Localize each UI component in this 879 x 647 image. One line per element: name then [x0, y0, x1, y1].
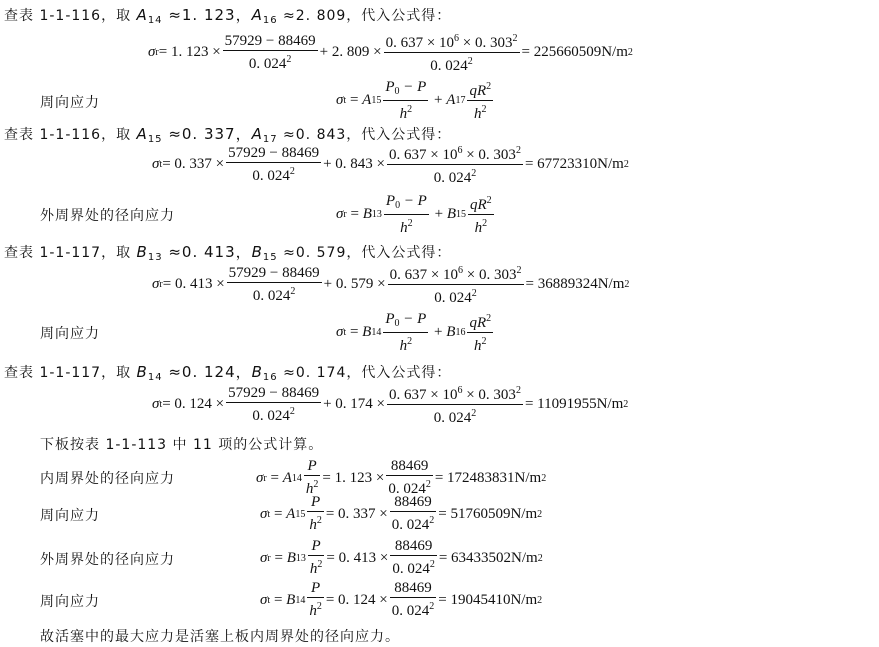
den-value: 0. 024	[434, 410, 472, 426]
denominator: 0. 0242	[390, 512, 437, 534]
lookup-line-3: 查表 1-1-117，取 B13 ≈0. 413，B15 ≈0. 579，代入公…	[4, 241, 451, 263]
coef-value: ≈0. 579，代入公式得：	[278, 245, 452, 261]
denominator: 0. 0242	[227, 283, 322, 305]
numerator: 0. 637 × 106 × 0. 3032	[387, 142, 523, 165]
var: h	[475, 220, 483, 236]
result: = 225660509N/m	[522, 44, 628, 61]
var: − P	[400, 79, 427, 95]
coef-subscript: 16	[263, 15, 278, 26]
fraction: Ph2	[308, 538, 325, 578]
label-hoop-stress: 周向应力	[40, 323, 100, 343]
numerator: P0 − P	[383, 79, 428, 101]
den-value: 0. 024	[392, 517, 430, 533]
coef-symbol: B	[137, 243, 148, 261]
numerator: qR2	[467, 78, 493, 101]
row-label: 周向应力	[40, 505, 100, 525]
exponent: 2	[407, 336, 412, 347]
coef-value: ≈2. 809，代入公式得：	[278, 8, 452, 24]
var: − P	[400, 311, 427, 327]
coef-subscript: 14	[295, 595, 305, 606]
numerator: 0. 637 × 106 × 0. 3032	[387, 382, 523, 405]
var: P	[386, 193, 395, 209]
exponent: 2	[471, 168, 476, 179]
exponent: 2	[541, 473, 546, 484]
result: = 51760509N/m	[438, 506, 537, 523]
row-equation: σr = A14 Ph2 = 1. 123 × 884690. 0242 = 1…	[256, 458, 546, 498]
numerator: P	[307, 580, 324, 598]
num-part: 0. 637 × 10	[389, 387, 457, 403]
coefficient: = 0. 124 ×	[162, 396, 224, 413]
sigma-symbol: σ	[256, 470, 263, 487]
exponent: 2	[516, 385, 521, 396]
exponent: 2	[430, 559, 435, 570]
result: = 36889324N/m	[526, 276, 625, 293]
exponent: 2	[623, 399, 628, 410]
numerator: 88469	[386, 458, 433, 476]
denominator: 0. 0242	[223, 51, 318, 73]
coef-subscript: 16	[455, 327, 465, 338]
var: − P	[400, 193, 427, 209]
equation-1: σr = 1. 123 × 57929 − 884690. 0242 + 2. …	[148, 30, 633, 75]
numerator: P	[307, 494, 324, 512]
den-value: 0. 024	[253, 288, 291, 304]
exponent: 2	[468, 56, 473, 67]
exponent: 2	[290, 406, 295, 417]
var: h	[474, 106, 482, 122]
coef-symbol: A	[137, 125, 148, 143]
coef-symbol: A	[446, 92, 455, 109]
coef-symbol: B	[286, 592, 295, 609]
numerator: 57929 − 88469	[223, 33, 318, 51]
num-part: × 0. 303	[459, 35, 512, 51]
numerator: qR2	[467, 310, 493, 333]
den-value: 0. 024	[252, 408, 290, 424]
var: P	[385, 311, 394, 327]
exponent: 2	[487, 195, 492, 206]
fraction: 57929 − 884690. 0242	[226, 385, 321, 425]
fraction: qR2h2	[467, 310, 493, 355]
exponent: 2	[538, 553, 543, 564]
coef-symbol: B	[252, 363, 263, 381]
coef-subscript: 15	[456, 209, 466, 220]
exponent: 2	[628, 47, 633, 58]
denominator: h2	[308, 556, 325, 578]
fraction: 0. 637 × 106 × 0. 30320. 0242	[387, 142, 523, 187]
num-part: × 0. 303	[462, 387, 515, 403]
fraction: Ph2	[307, 580, 324, 620]
fraction: 884690. 0242	[390, 538, 437, 578]
coefficient: = 0. 337 ×	[162, 156, 224, 173]
num-part: 0. 637 × 10	[389, 147, 457, 163]
denominator: h2	[467, 333, 493, 355]
exponent: 2	[486, 81, 491, 92]
sigma-symbol: σ	[152, 396, 159, 413]
den-value: 0. 024	[392, 603, 430, 619]
fraction: P0 − Ph2	[383, 79, 428, 123]
coefficient: + 0. 579 ×	[324, 276, 386, 293]
exponent: 2	[471, 408, 476, 419]
coef-symbol: B	[363, 206, 372, 223]
coefficient: = 0. 413 ×	[163, 276, 225, 293]
row-label: 内周界处的径向应力	[40, 468, 175, 488]
exponent: 2	[486, 313, 491, 324]
coef-value: ≈1. 123，	[163, 6, 252, 24]
result: = 172483831N/m	[435, 470, 541, 487]
coef-subscript: 15	[295, 509, 305, 520]
result: = 19045410N/m	[438, 592, 537, 609]
numerator: 57929 − 88469	[226, 385, 321, 403]
coef-value: ≈0. 413，	[163, 243, 252, 261]
coef-subscript: 14	[148, 15, 163, 26]
exponent: 2	[537, 595, 542, 606]
var: h	[474, 338, 482, 354]
denominator: 0. 0242	[388, 285, 524, 307]
exponent: 2	[317, 515, 322, 526]
numerator: P	[304, 458, 321, 476]
coef-symbol: B	[137, 363, 148, 381]
numerator: 0. 637 × 106 × 0. 3032	[384, 30, 520, 53]
coef-symbol: A	[137, 6, 148, 24]
denominator: 0. 0242	[384, 53, 520, 75]
num-part: × 0. 303	[463, 267, 516, 283]
var: qR	[469, 83, 486, 99]
exponent: 2	[513, 33, 518, 44]
exponent: 2	[429, 515, 434, 526]
coefficient: + 0. 843 ×	[323, 156, 385, 173]
row-label: 外周界处的径向应力	[40, 549, 175, 569]
coef-subscript: 14	[292, 473, 302, 484]
coef-symbol: A	[362, 92, 371, 109]
coef-symbol: A	[252, 125, 263, 143]
coef-symbol: B	[446, 324, 455, 341]
exponent: 2	[290, 166, 295, 177]
var: P	[385, 79, 394, 95]
exponent: 2	[516, 145, 521, 156]
coef-symbol: B	[362, 324, 371, 341]
denominator: 0. 0242	[226, 403, 321, 425]
fraction: 57929 − 884690. 0242	[223, 33, 318, 73]
conclusion: 故活塞中的最大应力是活塞上板内周界处的径向应力。	[40, 626, 400, 646]
numerator: P0 − P	[383, 311, 428, 333]
denominator: h2	[468, 215, 494, 237]
den-value: 0. 024	[392, 561, 430, 577]
numerator: 88469	[390, 580, 437, 598]
den-value: 0. 024	[434, 170, 472, 186]
coef-value: ≈0. 174，代入公式得：	[278, 365, 452, 381]
numerator: 57929 − 88469	[227, 265, 322, 283]
den-value: 0. 024	[252, 168, 290, 184]
num-part: 0. 637 × 10	[386, 35, 454, 51]
sigma-symbol: σ	[152, 156, 159, 173]
coef-subscript: 14	[371, 327, 381, 338]
coefficient: = 0. 124 ×	[326, 592, 388, 609]
exponent: 2	[426, 479, 431, 490]
formula-1: σt = A15 P0 − Ph2 + A17 qR2h2	[336, 78, 495, 123]
exponent: 2	[537, 509, 542, 520]
result: = 63433502N/m	[439, 550, 538, 567]
coef-subscript: 15	[371, 95, 381, 106]
exponent: 2	[482, 218, 487, 229]
row-equation: σt = A15 Ph2 = 0. 337 × 884690. 0242 = 5…	[260, 494, 542, 534]
var: h	[309, 517, 317, 533]
exponent: 2	[317, 559, 322, 570]
denominator: h2	[383, 333, 428, 355]
exponent: 2	[429, 601, 434, 612]
fraction: P0 − Ph2	[383, 311, 428, 355]
numerator: P	[308, 538, 325, 556]
coef-symbol: B	[447, 206, 456, 223]
equation-3: σr = 0. 413 × 57929 − 884690. 0242 + 0. …	[152, 262, 629, 307]
sigma-symbol: σ	[260, 592, 267, 609]
sigma-symbol: σ	[336, 92, 343, 109]
fraction: qR2h2	[467, 78, 493, 123]
fraction: Ph2	[307, 494, 324, 534]
exponent: 2	[407, 104, 412, 115]
row-label: 周向应力	[40, 591, 100, 611]
numerator: 0. 637 × 106 × 0. 3032	[388, 262, 524, 285]
denominator: 0. 0242	[390, 598, 437, 620]
numerator: 88469	[390, 538, 437, 556]
coefficient: = 0. 413 ×	[326, 550, 388, 567]
exponent: 2	[313, 479, 318, 490]
equation-2: σt = 0. 337 × 57929 − 884690. 0242 + 0. …	[152, 142, 629, 187]
denominator: h2	[383, 101, 428, 123]
denominator: h2	[467, 101, 493, 123]
fraction: 0. 637 × 106 × 0. 30320. 0242	[387, 382, 523, 427]
coef-subscript: 17	[455, 95, 465, 106]
fraction: qR2h2	[468, 192, 494, 237]
lookup-prefix: 查表 1-1-117，取	[4, 365, 137, 381]
var: qR	[469, 315, 486, 331]
denominator: 0. 0242	[390, 556, 437, 578]
fraction: 57929 − 884690. 0242	[226, 145, 321, 185]
var: h	[400, 220, 408, 236]
lookup-line-4: 查表 1-1-117，取 B14 ≈0. 124，B16 ≈0. 174，代入公…	[4, 361, 451, 383]
exponent: 2	[482, 104, 487, 115]
coef-value: ≈0. 337，	[163, 125, 252, 143]
den-value: 0. 024	[434, 290, 472, 306]
exponent: 2	[482, 336, 487, 347]
lookup-prefix: 查表 1-1-117，取	[4, 245, 137, 261]
lower-plate-note: 下板按表 1-1-113 中 11 项的公式计算。	[40, 434, 323, 454]
fraction: 884690. 0242	[386, 458, 433, 498]
coef-subscript: 13	[296, 553, 306, 564]
exponent: 2	[290, 286, 295, 297]
formula-3: σt = B14 P0 − Ph2 + B16 qR2h2	[336, 310, 495, 355]
sigma-symbol: σ	[152, 276, 159, 293]
var: h	[400, 338, 408, 354]
coef-value: ≈0. 124，	[163, 363, 252, 381]
fraction: P0 − Ph2	[384, 193, 429, 237]
equation-4: σt = 0. 124 × 57929 − 884690. 0242 + 0. …	[152, 382, 628, 427]
numerator: 57929 − 88469	[226, 145, 321, 163]
exponent: 2	[517, 265, 522, 276]
denominator: 0. 0242	[226, 163, 321, 185]
label-hoop-stress: 周向应力	[40, 92, 100, 112]
coefficient: = 1. 123 ×	[322, 470, 384, 487]
coefficient: + 0. 174 ×	[323, 396, 385, 413]
exponent: 2	[624, 279, 629, 290]
num-part: 0. 637 × 10	[390, 267, 458, 283]
sigma-symbol: σ	[148, 44, 155, 61]
coef-symbol: B	[287, 550, 296, 567]
var: h	[400, 106, 408, 122]
exponent: 2	[286, 54, 291, 65]
var: h	[309, 603, 317, 619]
result: = 11091955N/m	[525, 396, 623, 413]
var: qR	[470, 197, 487, 213]
numerator: P0 − P	[384, 193, 429, 215]
den-value: 0. 024	[430, 58, 468, 74]
row-equation: σr = B13 Ph2 = 0. 413 × 884690. 0242 = 6…	[260, 538, 543, 578]
result: = 67723310N/m	[525, 156, 624, 173]
lookup-prefix: 查表 1-1-116，取	[4, 127, 137, 143]
exponent: 2	[408, 218, 413, 229]
numerator: 88469	[390, 494, 437, 512]
exponent: 2	[624, 159, 629, 170]
denominator: h2	[384, 215, 429, 237]
coef-symbol: B	[252, 243, 263, 261]
coef-subscript: 13	[372, 209, 382, 220]
coef-value: ≈0. 843，代入公式得：	[278, 127, 452, 143]
lookup-line-1: 查表 1-1-116，取 A14 ≈1. 123，A16 ≈2. 809，代入公…	[4, 4, 451, 26]
sigma-symbol: σ	[336, 324, 343, 341]
denominator: h2	[307, 598, 324, 620]
sigma-symbol: σ	[260, 550, 267, 567]
coef-symbol: A	[283, 470, 292, 487]
row-equation: σt = B14 Ph2 = 0. 124 × 884690. 0242 = 1…	[260, 580, 542, 620]
coefficient: = 1. 123 ×	[159, 44, 221, 61]
label-outer-radial-stress: 外周界处的径向应力	[40, 205, 175, 225]
formula-2: σr = B13 P0 − Ph2 + B15 qR2h2	[336, 192, 496, 237]
den-value: 0. 024	[249, 56, 287, 72]
coef-symbol: A	[252, 6, 263, 24]
exponent: 2	[317, 601, 322, 612]
coefficient: + 2. 809 ×	[320, 44, 382, 61]
fraction: 0. 637 × 106 × 0. 30320. 0242	[384, 30, 520, 75]
sigma-symbol: σ	[260, 506, 267, 523]
coef-symbol: A	[286, 506, 295, 523]
fraction: 0. 637 × 106 × 0. 30320. 0242	[388, 262, 524, 307]
num-part: × 0. 303	[462, 147, 515, 163]
fraction: 884690. 0242	[390, 580, 437, 620]
denominator: h2	[307, 512, 324, 534]
sigma-symbol: σ	[336, 206, 343, 223]
coefficient: = 0. 337 ×	[326, 506, 388, 523]
denominator: 0. 0242	[387, 405, 523, 427]
fraction: Ph2	[304, 458, 321, 498]
exponent: 2	[472, 288, 477, 299]
fraction: 57929 − 884690. 0242	[227, 265, 322, 305]
lookup-prefix: 查表 1-1-116，取	[4, 8, 137, 24]
fraction: 884690. 0242	[390, 494, 437, 534]
denominator: 0. 0242	[387, 165, 523, 187]
numerator: qR2	[468, 192, 494, 215]
